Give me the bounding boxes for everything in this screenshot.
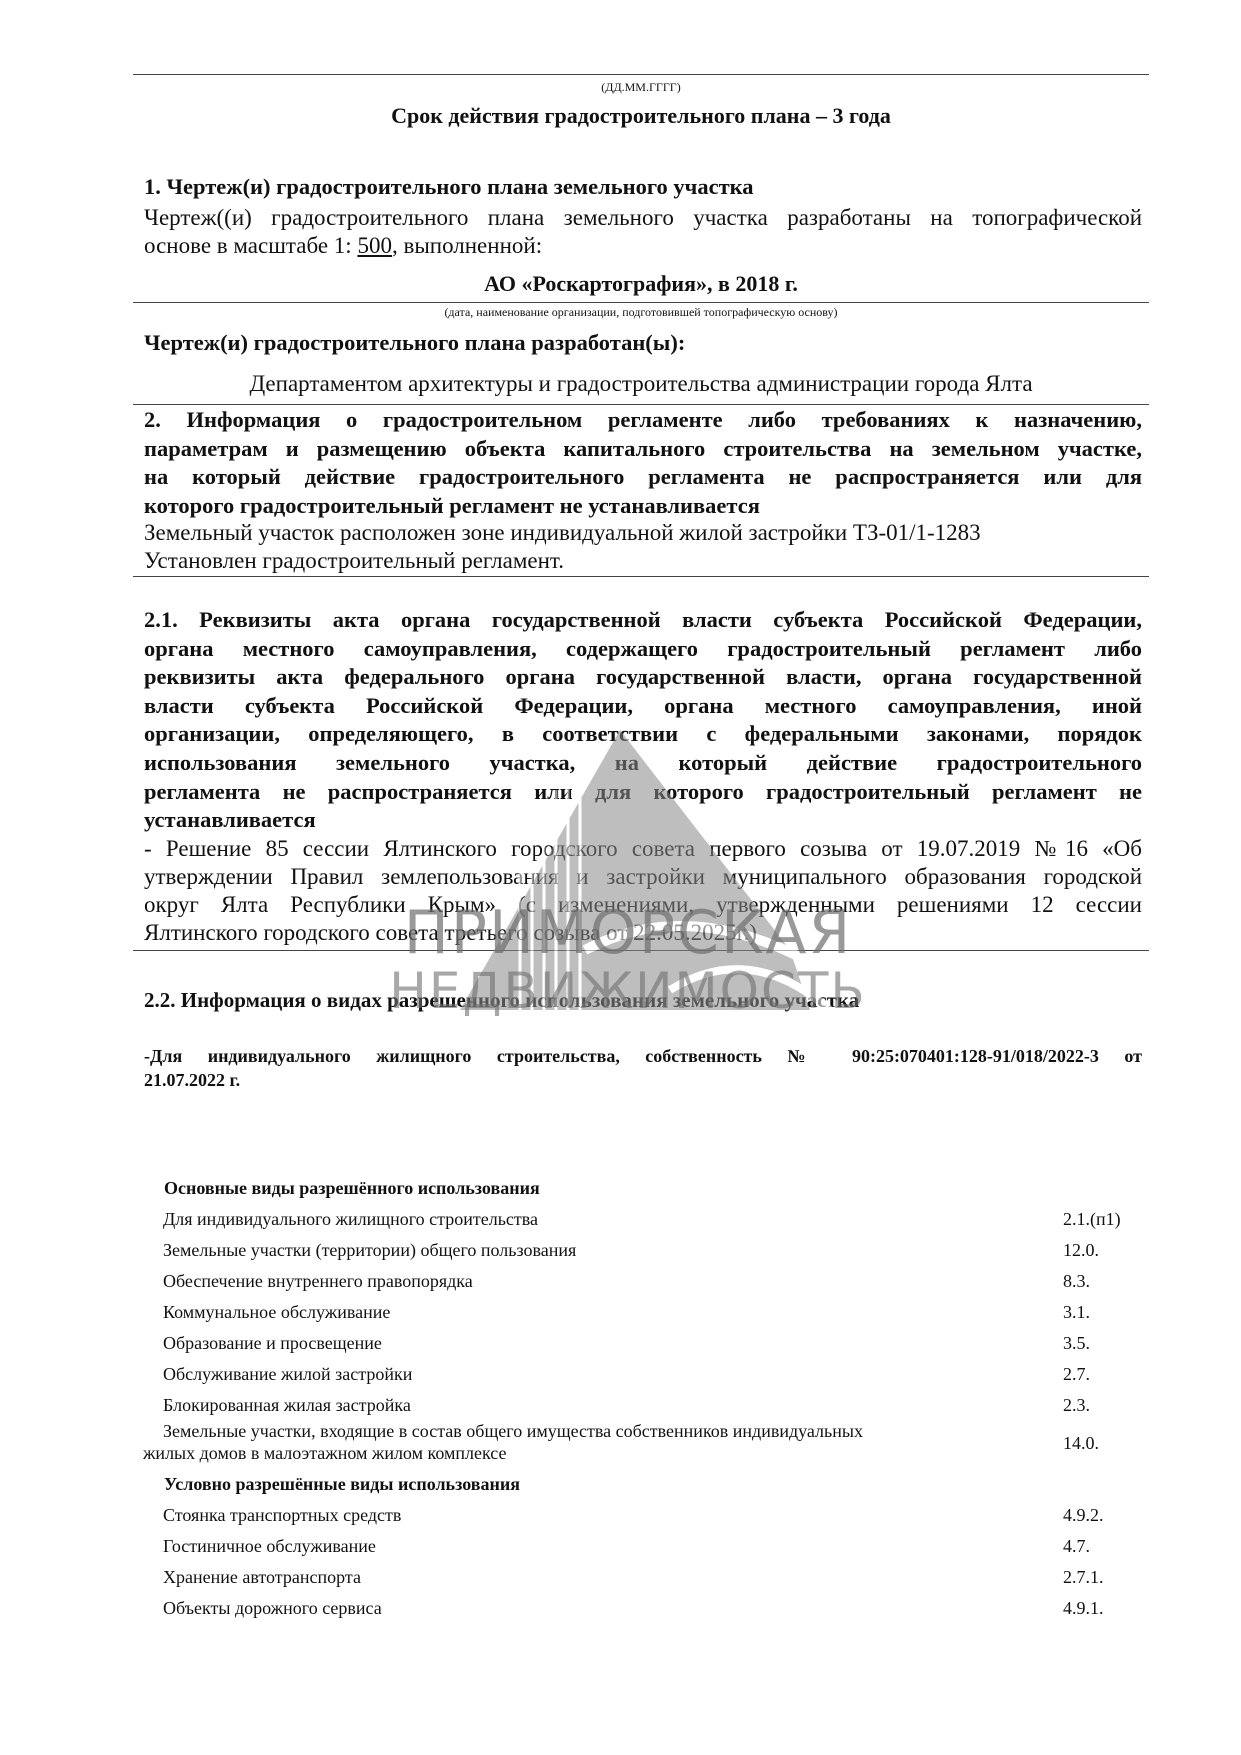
use-code: 4.7.	[1063, 1531, 1090, 1561]
use-name-line1: Земельные участки, входящие в состав общ…	[163, 1420, 863, 1442]
scale-prefix: основе в масштабе 1:	[144, 233, 357, 258]
use-name: Образование и просвещение	[163, 1328, 382, 1358]
watermark-line2: НЕДВИЖИМОСТЬ	[348, 962, 908, 1020]
use-code: 3.5.	[1063, 1328, 1090, 1358]
use-name: Объекты дорожного сервиса	[163, 1593, 382, 1623]
list-item: Объекты дорожного сервиса4.9.1.	[133, 1593, 1143, 1623]
use-code: 12.0.	[1063, 1235, 1099, 1265]
document-page: (ДД.ММ.ГГГГ) Срок действия градостроител…	[0, 0, 1241, 1755]
section2-title-line: 2. Информация о градостроительном реглам…	[144, 406, 1142, 435]
section2-title-line: параметрам и размещению объекта капиталь…	[144, 435, 1142, 464]
list-item: Гостиничное обслуживание4.7.	[133, 1531, 1143, 1561]
list-item: Для индивидуального жилищного строительс…	[133, 1204, 1143, 1234]
decision-line: утверждении Правил землепользования и за…	[144, 863, 1142, 891]
section2-1-title-line: реквизиты акта федерального органа госуд…	[144, 663, 1142, 692]
use-name: Обслуживание жилой застройки	[163, 1359, 412, 1389]
list-item: Обеспечение внутреннего правопорядка8.3.	[133, 1266, 1143, 1296]
section1-text-line1: Чертеж((и) градостроительного плана земе…	[144, 204, 1142, 232]
use-name: Для индивидуального жилищного строительс…	[163, 1204, 538, 1234]
use-code: 2.7.1.	[1063, 1562, 1104, 1592]
scale-suffix: , выполненной:	[392, 233, 542, 258]
use-code: 14.0.	[1063, 1432, 1099, 1454]
use-name-line2: жилых домов в малоэтажном жилом комплекс…	[143, 1442, 506, 1464]
section2-1-title-line: регламента не распространяется или для к…	[144, 778, 1142, 807]
section2-1-title: 2.1. Реквизиты акта органа государственн…	[144, 606, 1142, 835]
main-uses-heading: Основные виды разрешённого использования	[164, 1178, 540, 1199]
list-item-multiline: Земельные участки, входящие в состав общ…	[133, 1420, 1143, 1470]
regulation-text: Установлен градостроительный регламент.	[144, 547, 564, 575]
section2-1-title-line: власти субъекта Российской Федерации, ор…	[144, 692, 1142, 721]
conditional-uses-heading: Условно разрешённые виды использования	[164, 1474, 520, 1495]
ownership-line2: 21.07.2022 г.	[144, 1070, 240, 1091]
survey-organization: АО «Роскартография», в 2018 г.	[133, 271, 1149, 297]
validity-period: Срок действия градостроительного плана –…	[133, 103, 1149, 129]
section2-1-title-line: организации, определяющего, в соответств…	[144, 720, 1142, 749]
list-item: Хранение автотранспорта2.7.1.	[133, 1562, 1143, 1592]
developed-by-value: Департаментом архитектуры и градостроите…	[133, 370, 1149, 398]
list-item: Земельные участки (территории) общего по…	[133, 1235, 1143, 1265]
use-name: Хранение автотранспорта	[163, 1562, 361, 1592]
section2-rule-bottom	[133, 576, 1149, 577]
watermark-line1: ПРИМОРСКАЯ	[348, 898, 908, 968]
section2-title-line: на который действие градостроительного р…	[144, 463, 1142, 492]
use-code: 3.1.	[1063, 1297, 1090, 1327]
use-name: Стоянка транспортных средств	[163, 1500, 401, 1530]
section2-rule-top	[133, 404, 1149, 405]
use-code: 2.3.	[1063, 1390, 1090, 1420]
use-code: 4.9.2.	[1063, 1500, 1104, 1530]
scale-value: 500	[357, 233, 392, 258]
section2-1-title-line: использования земельного участка, на кот…	[144, 749, 1142, 778]
use-code: 2.7.	[1063, 1359, 1090, 1389]
list-item: Блокированная жилая застройка2.3.	[133, 1390, 1143, 1420]
use-name: Блокированная жилая застройка	[163, 1390, 411, 1420]
use-name: Земельные участки (территории) общего по…	[163, 1235, 576, 1265]
use-name: Обеспечение внутреннего правопорядка	[163, 1266, 473, 1296]
organization-hint: (дата, наименование организации, подгото…	[133, 305, 1149, 320]
use-name: Гостиничное обслуживание	[163, 1531, 376, 1561]
organization-rule	[133, 302, 1149, 303]
use-name: Коммунальное обслуживание	[163, 1297, 390, 1327]
ownership-line1: -Для индивидуального жилищного строитель…	[144, 1046, 1142, 1067]
section2-1-title-line: устанавливается	[144, 806, 1142, 835]
section2-title-line: которого градостроительный регламент не …	[144, 492, 1142, 521]
section1-text-line2: основе в масштабе 1: 500, выполненной:	[144, 232, 542, 260]
use-code: 4.9.1.	[1063, 1593, 1104, 1623]
section2-1-title-line: органа местного самоуправления, содержащ…	[144, 635, 1142, 664]
section1-title: 1. Чертеж(и) градостроительного плана зе…	[144, 174, 754, 200]
date-format-hint: (ДД.ММ.ГГГГ)	[133, 80, 1149, 95]
section2-1-title-line: 2.1. Реквизиты акта органа государственн…	[144, 606, 1142, 635]
list-item: Образование и просвещение3.5.	[133, 1328, 1143, 1358]
top-rule	[133, 74, 1149, 75]
list-item: Стоянка транспортных средств4.9.2.	[133, 1500, 1143, 1530]
list-item: Обслуживание жилой застройки2.7.	[133, 1359, 1143, 1389]
zone-text: Земельный участок расположен зоне индиви…	[144, 519, 981, 547]
decision-line: - Решение 85 сессии Ялтинского городског…	[144, 835, 1142, 863]
section2-title: 2. Информация о градостроительном реглам…	[144, 406, 1142, 520]
use-code: 8.3.	[1063, 1266, 1090, 1296]
developed-by-label: Чертеж(и) градостроительного плана разра…	[144, 330, 685, 356]
use-code: 2.1.(п1)	[1063, 1204, 1121, 1234]
list-item: Коммунальное обслуживание3.1.	[133, 1297, 1143, 1327]
